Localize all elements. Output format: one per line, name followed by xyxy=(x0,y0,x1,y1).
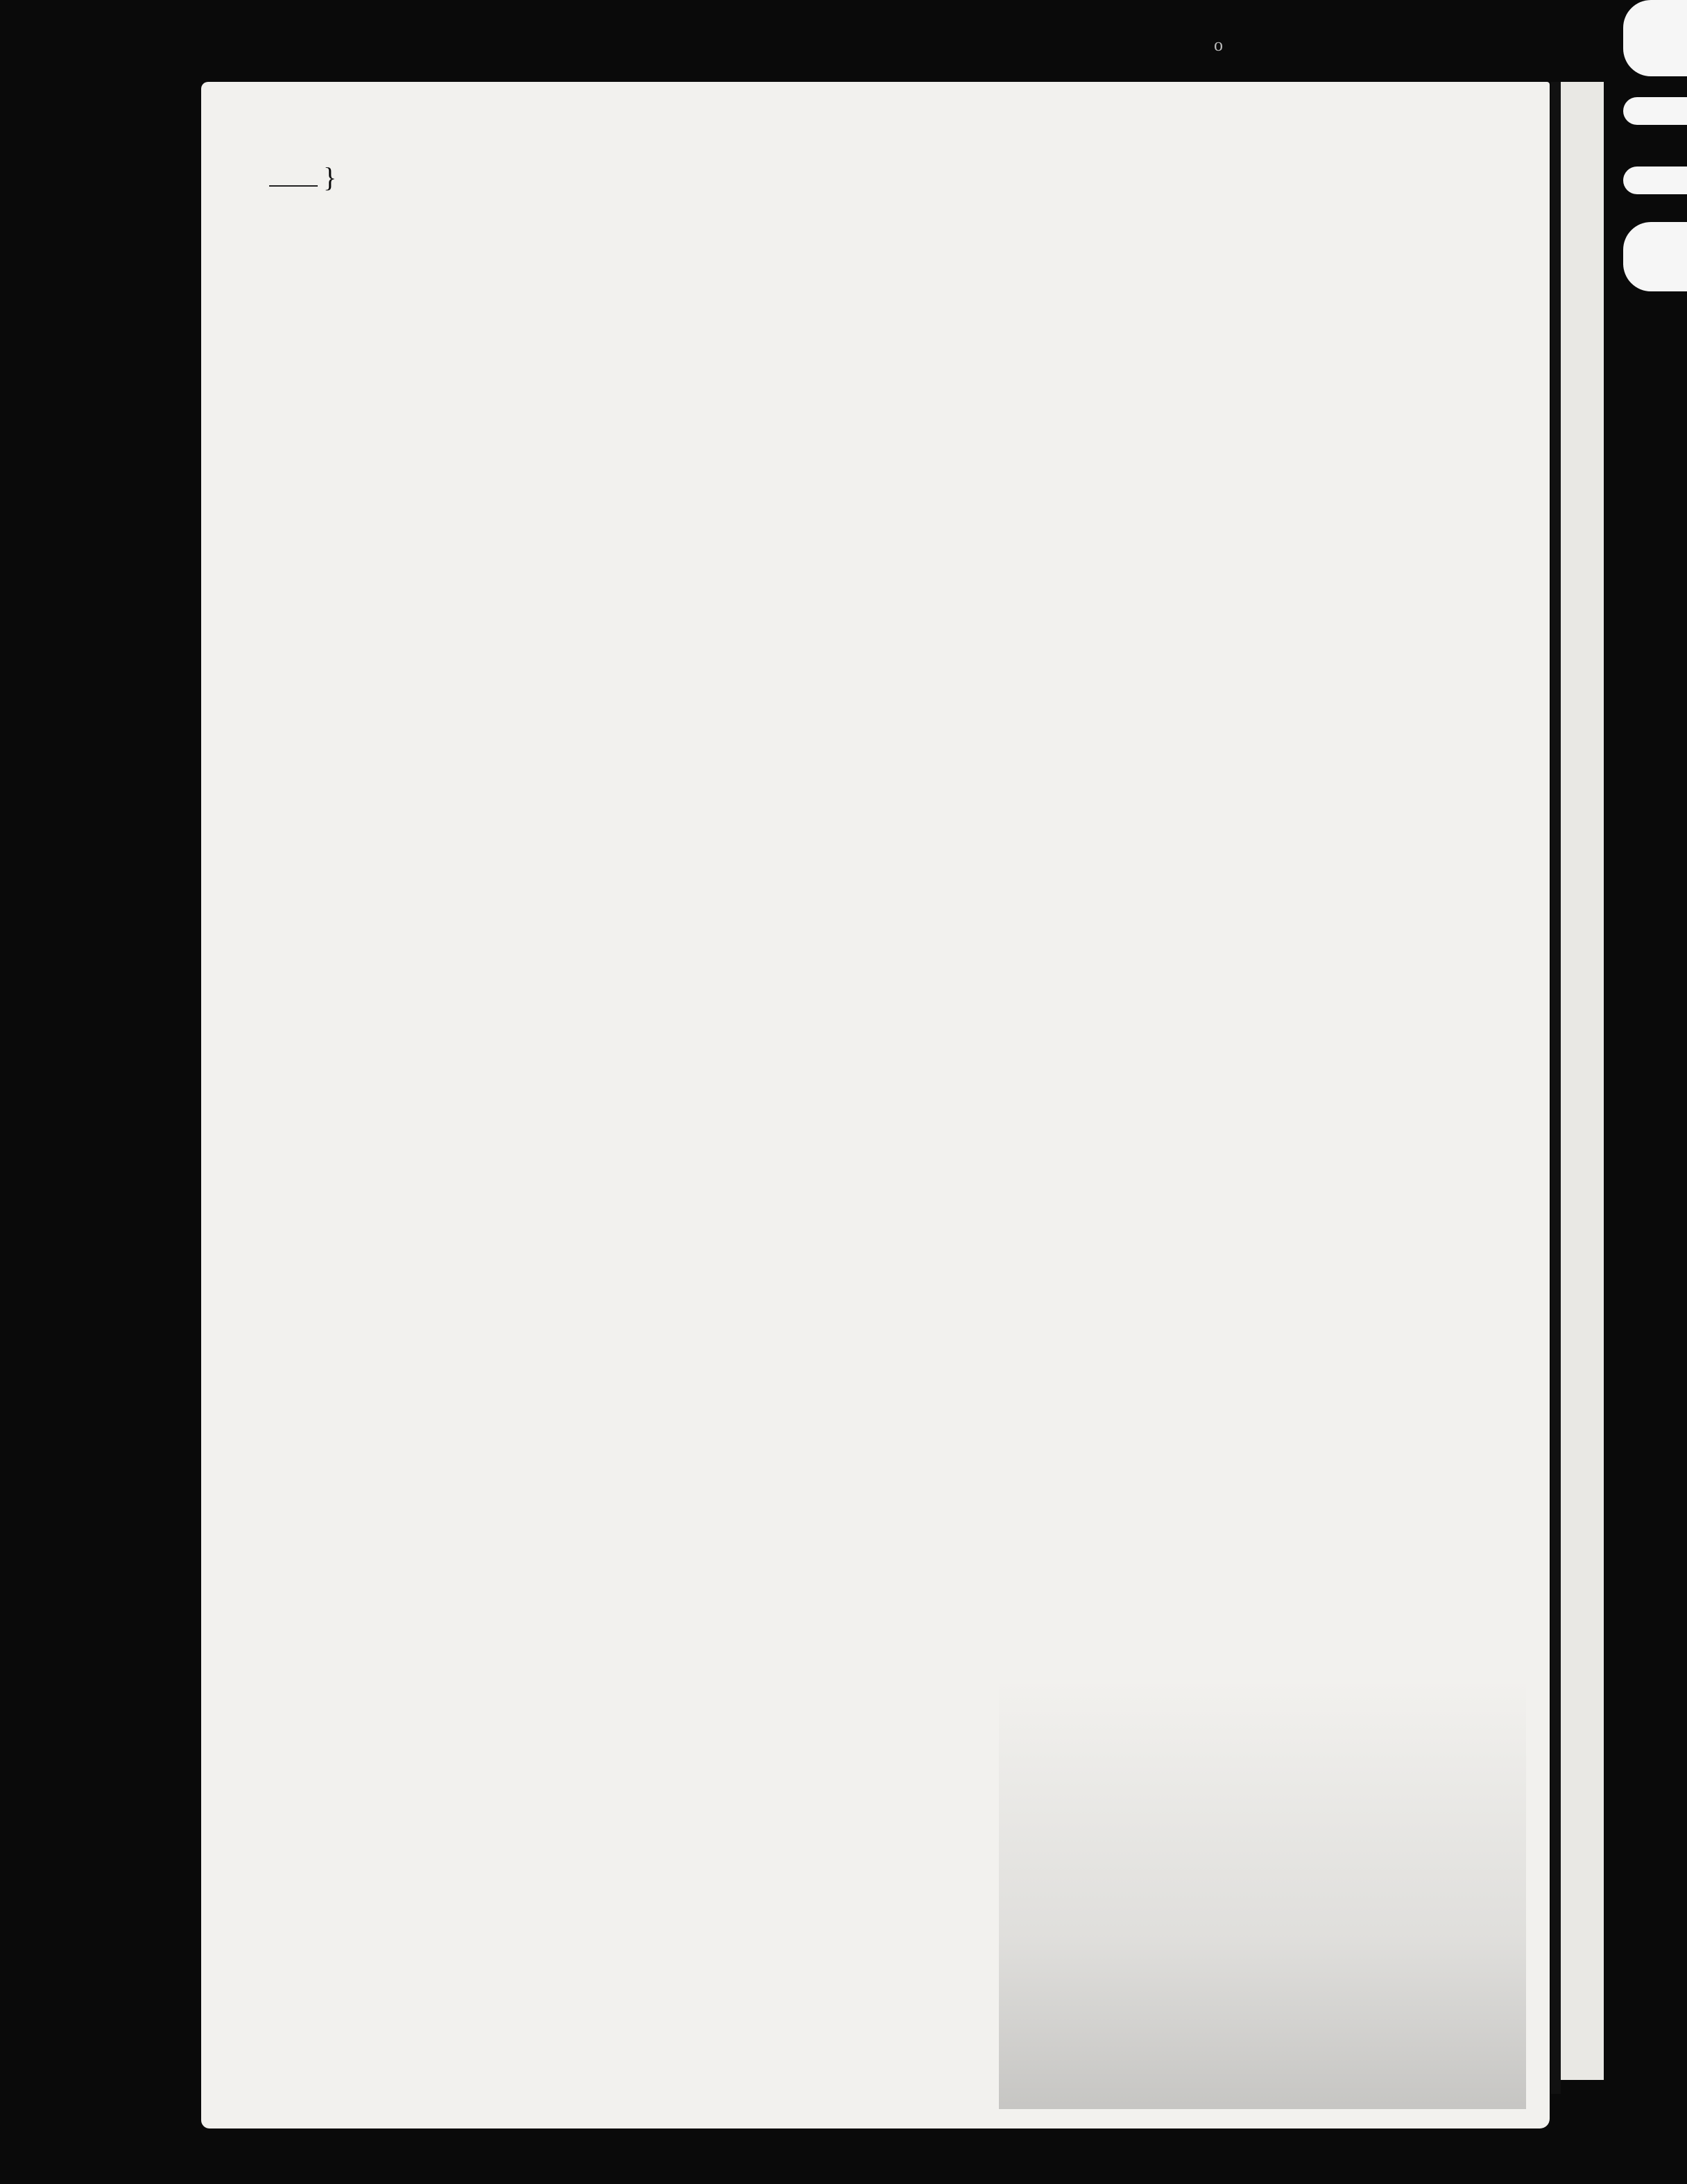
film-frame-digit xyxy=(1623,167,1687,194)
film-artifact: o xyxy=(1214,35,1223,56)
paper-stain xyxy=(999,1679,1526,2109)
adjacent-page-edge xyxy=(1561,82,1604,2080)
film-frame-digit xyxy=(1623,97,1687,125)
film-frame-digit xyxy=(1623,222,1687,291)
page-number xyxy=(269,185,318,187)
page-number-label: } xyxy=(269,161,336,194)
film-frame-digit xyxy=(1623,0,1687,76)
page-gutter xyxy=(1551,82,1561,2094)
